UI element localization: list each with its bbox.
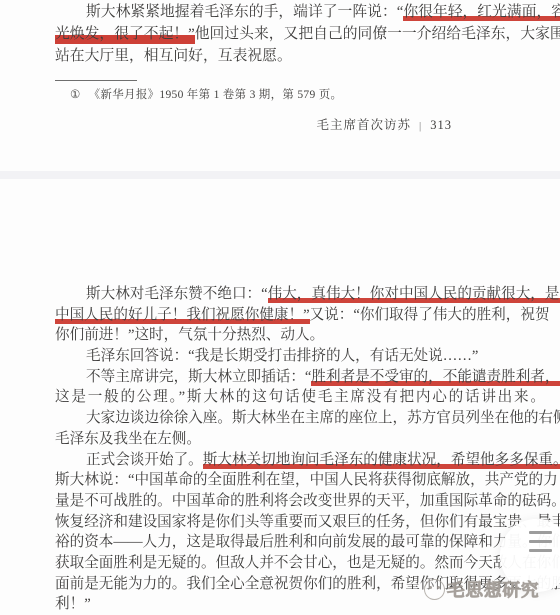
text-segment: 你们前进！”这时，气氛十分热烈、动人。 [55,327,324,343]
text-line: 斯大林紧紧地握着毛泽东的手，端详了一阵说：“你很年轻，红光满面，容 [55,1,545,23]
page-number: 313 [430,118,452,132]
red-highlight: 中国人民的好儿子！我们祝愿你健康！” [55,307,310,324]
book-page-313-body: 斯大林紧紧地握着毛泽东的手，端详了一阵说：“你很年轻，红光满面，容光焕发，很了不… [55,1,545,67]
text-segment: 正式会谈开始了。 [86,452,203,468]
text-line: 裕的资本——人力，这是取得最后胜利和向前发展的最可靠的保障和力量。你们 [55,532,545,553]
footnote-divider [55,80,137,81]
text-line: 毛泽东及我坐在左侧。 [55,429,545,450]
page-separator [0,171,560,179]
text-segment: 裕的资本——人力，这是取得最后胜利和向前发展的最可靠的保障和力量。你们 [55,534,560,550]
text-line: 利！” [55,594,545,615]
text-line: 毛泽东回答说：“我是长期受打击排挤的人，有话无处说……” [55,346,545,367]
red-highlight: 胜利者是不受审的，不能谴责胜利者， [311,369,559,386]
book-page-next-body: 斯大林对毛泽东赞不绝口：“伟大，真伟大！你对中国人民的贡献很大，是中国人民的好儿… [55,284,545,615]
text-line: 站在大厅里，相互问好，互表祝愿。 [55,45,545,67]
red-highlight: 斯大林关切地询问毛泽东的健康状况，希望他多多保重。 [203,452,560,469]
text-segment: 毛泽东及我坐在左侧。 [55,431,201,447]
text-segment: 斯大林说：“中国革命的全面胜利在望，中国人民将获得彻底解放，共产党的力 [55,472,558,488]
text-line: 不等主席讲完，斯大林立即插话：“胜利者是不受审的，不能谴责胜利者， [55,367,545,388]
text-segment: 量是不可战胜的。中国革命的胜利将会改变世界的天平，加重国际革命的砝码。 [55,493,560,509]
footnote-marker: ① [70,89,81,101]
text-segment: 斯大林对毛泽东赞不绝口：“ [86,286,268,302]
text-line: 大家边谈边徐徐入座。斯大林坐在主席的座位上，苏方官员列坐在他的右侧， [55,408,545,429]
page-footer: 毛主席首次访苏|313 [0,115,452,133]
text-segment: 不等主席讲完，斯大林立即插话：“ [86,369,311,385]
text-line: 中国人民的好儿子！我们祝愿你健康！”又说：“你们取得了伟大的胜利，祝贺 [55,305,545,326]
text-line: 正式会谈开始了。斯大林关切地询问毛泽东的健康状况，希望他多多保重。 [55,450,545,471]
hamburger-icon [529,531,552,558]
text-line: 斯大林说：“中国革命的全面胜利在望，中国人民将获得彻底解放，共产党的力 [55,470,545,491]
text-segment: 站在大厅里，相互问好，互表祝愿。 [55,48,292,64]
text-line: 恢复经济和建设国家将是你们头等重要而又艰巨的任务，但你们有最宝贵、最丰 [55,512,545,533]
text-line: 面前是无能为力的。我们全心全意祝贺你们的胜利，希望你们取得更多更大的胜 [55,574,545,595]
text-segment: 斯大林紧紧地握着毛泽东的手，端详了一阵说：“ [86,4,403,20]
text-segment: 利！” [55,596,91,612]
text-segment: 他回过头来，又把自己的同僚一一介绍给毛泽东，大家围 [195,26,560,42]
text-segment: 大家边谈边徐徐入座。斯大林坐在主席的座位上，苏方官员列坐在他的右侧， [86,410,560,426]
text-segment: 恢复经济和建设国家将是你们头等重要而又艰巨的任务，但你们有最宝贵、最丰 [55,514,560,530]
text-line: 这是一般的公理。”斯大林的这句话使毛主席没有把内心的话讲出来。 [55,387,545,408]
footer-separator: | [411,120,430,132]
text-line: 光焕发，很了不起！”他回过头来，又把自己的同僚一一介绍给毛泽东，大家围 [55,23,545,45]
text-segment: 获取全面胜利是无疑的。但敌人并不会甘心，也是无疑的。然而今天敌人在你们 [55,555,560,571]
text-segment: 这是一般的公理。”斯大林的这句话使毛主席没有把内心的话讲出来。 [55,389,545,405]
red-highlight: 伟大，真伟大！你对中国人民的贡献很大，是 [268,286,560,303]
text-segment: 毛泽东回答说：“我是长期受打击排挤的人，有话无处说……” [86,348,478,364]
footnote-text: 《新华月报》1950 年第 1 卷第 3 期，第 579 页。 [89,89,343,101]
text-segment: 面前是无能为力的。我们全心全意祝贺你们的胜利，希望你们取得更多更大的胜 [55,576,560,592]
chapter-title: 毛主席首次访苏 [317,118,412,132]
text-segment: 又说：“你们取得了伟大的胜利，祝贺 [310,307,550,323]
text-line: 你们前进！”这时，气氛十分热烈、动人。 [55,325,545,346]
text-line: 量是不可战胜的。中国革命的胜利将会改变世界的天平，加重国际革命的砝码。 [55,491,545,512]
red-highlight: 你很年轻，红光满面，容 [403,4,560,21]
red-highlight: 光焕发，很了不起！” [55,26,195,44]
footnote: ①《新华月报》1950 年第 1 卷第 3 期，第 579 页。 [70,86,342,102]
text-line: 斯大林对毛泽东赞不绝口：“伟大，真伟大！你对中国人民的贡献很大，是 [55,284,545,305]
text-line: 获取全面胜利是无疑的。但敌人并不会甘心，也是无疑的。然而今天敌人在你们 [55,553,545,574]
